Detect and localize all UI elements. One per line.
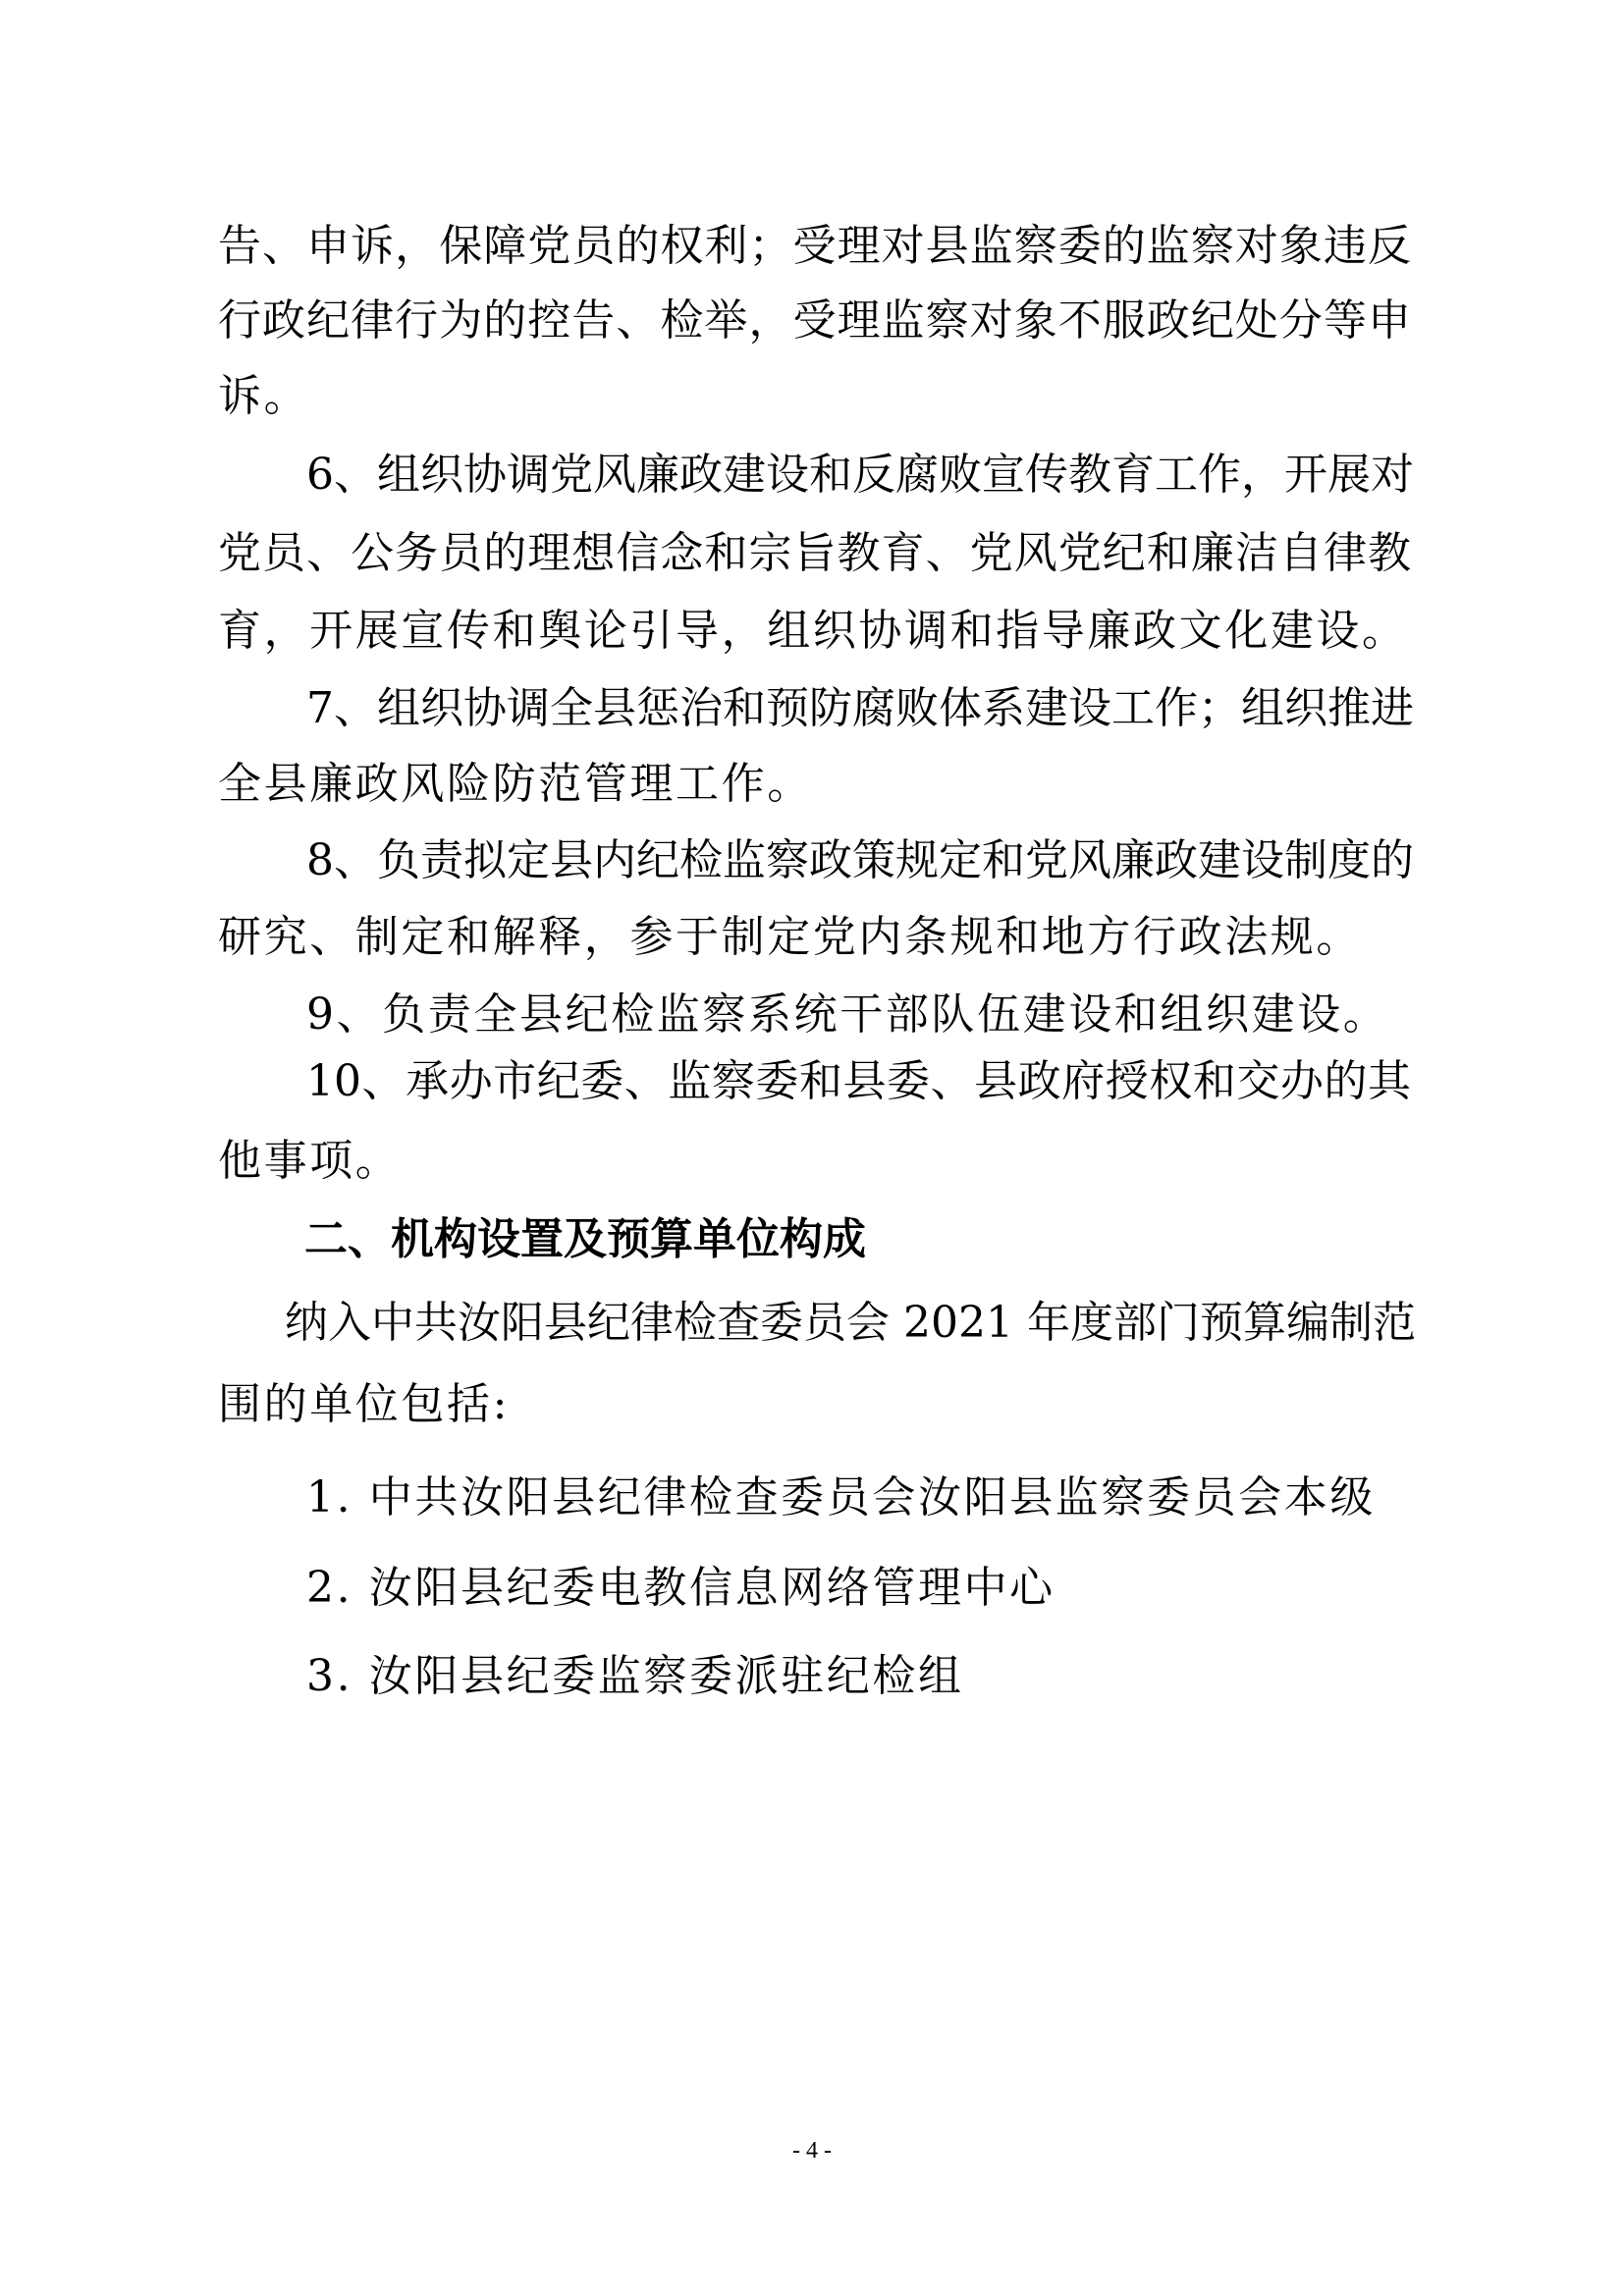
- paragraph-line: 告、申诉，保障党员的权利；受理对县监察委的监察对象违反: [218, 219, 1411, 274]
- page-number: - 4 -: [0, 2136, 1624, 2165]
- paragraph-line: 诉。: [218, 369, 309, 424]
- section-heading: 二、机构设置及预算单位构成: [304, 1212, 866, 1267]
- document-page: 告、申诉，保障党员的权利；受理对县监察委的监察对象违反 行政纪律行为的控告、检举…: [0, 0, 1624, 2296]
- duty-item-6-line: 党员、公务员的理想信念和宗旨教育、党风党纪和廉洁自律教: [218, 526, 1411, 581]
- section-intro-line: 围的单位包括:: [218, 1377, 510, 1432]
- duty-item-7-line: 全县廉政风险防范管理工作。: [218, 757, 813, 812]
- duty-item-9-line: 9、负责全县纪检监察系统干部队伍建设和组织建设。: [306, 988, 1388, 1042]
- duty-item-10-line: 10、承办市纪委、监察委和县委、县政府授权和交办的其: [306, 1054, 1411, 1109]
- paragraph-line: 行政纪律行为的控告、检举，受理监察对象不服政纪处分等申: [218, 294, 1411, 348]
- duty-item-8-line: 研究、制定和解释，参于制定党内条规和地方行政法规。: [218, 910, 1362, 965]
- budget-unit-item: 2. 汝阳县纪委电教信息网络管理中心: [306, 1561, 1056, 1616]
- duty-item-6-line: 6、组织协调党风廉政建设和反腐败宣传教育工作，开展对: [306, 448, 1411, 503]
- budget-unit-item: 1. 中共汝阳县纪律检查委员会汝阳县监察委员会本级: [306, 1470, 1376, 1525]
- duty-item-7-line: 7、组织协调全县惩治和预防腐败体系建设工作；组织推进: [306, 681, 1411, 736]
- budget-unit-item: 3. 汝阳县纪委监察委派驻纪检组: [306, 1649, 964, 1704]
- section-intro-line: 纳入中共汝阳县纪律检查委员会 2021 年度部门预算编制范: [285, 1296, 1387, 1351]
- duty-item-8-line: 8、负责拟定县内纪检监察政策规定和党风廉政建设制度的: [306, 833, 1411, 888]
- duty-item-6-line: 育，开展宣传和舆论引导，组织协调和指导廉政文化建设。: [218, 604, 1408, 659]
- duty-item-10-line: 他事项。: [218, 1134, 401, 1189]
